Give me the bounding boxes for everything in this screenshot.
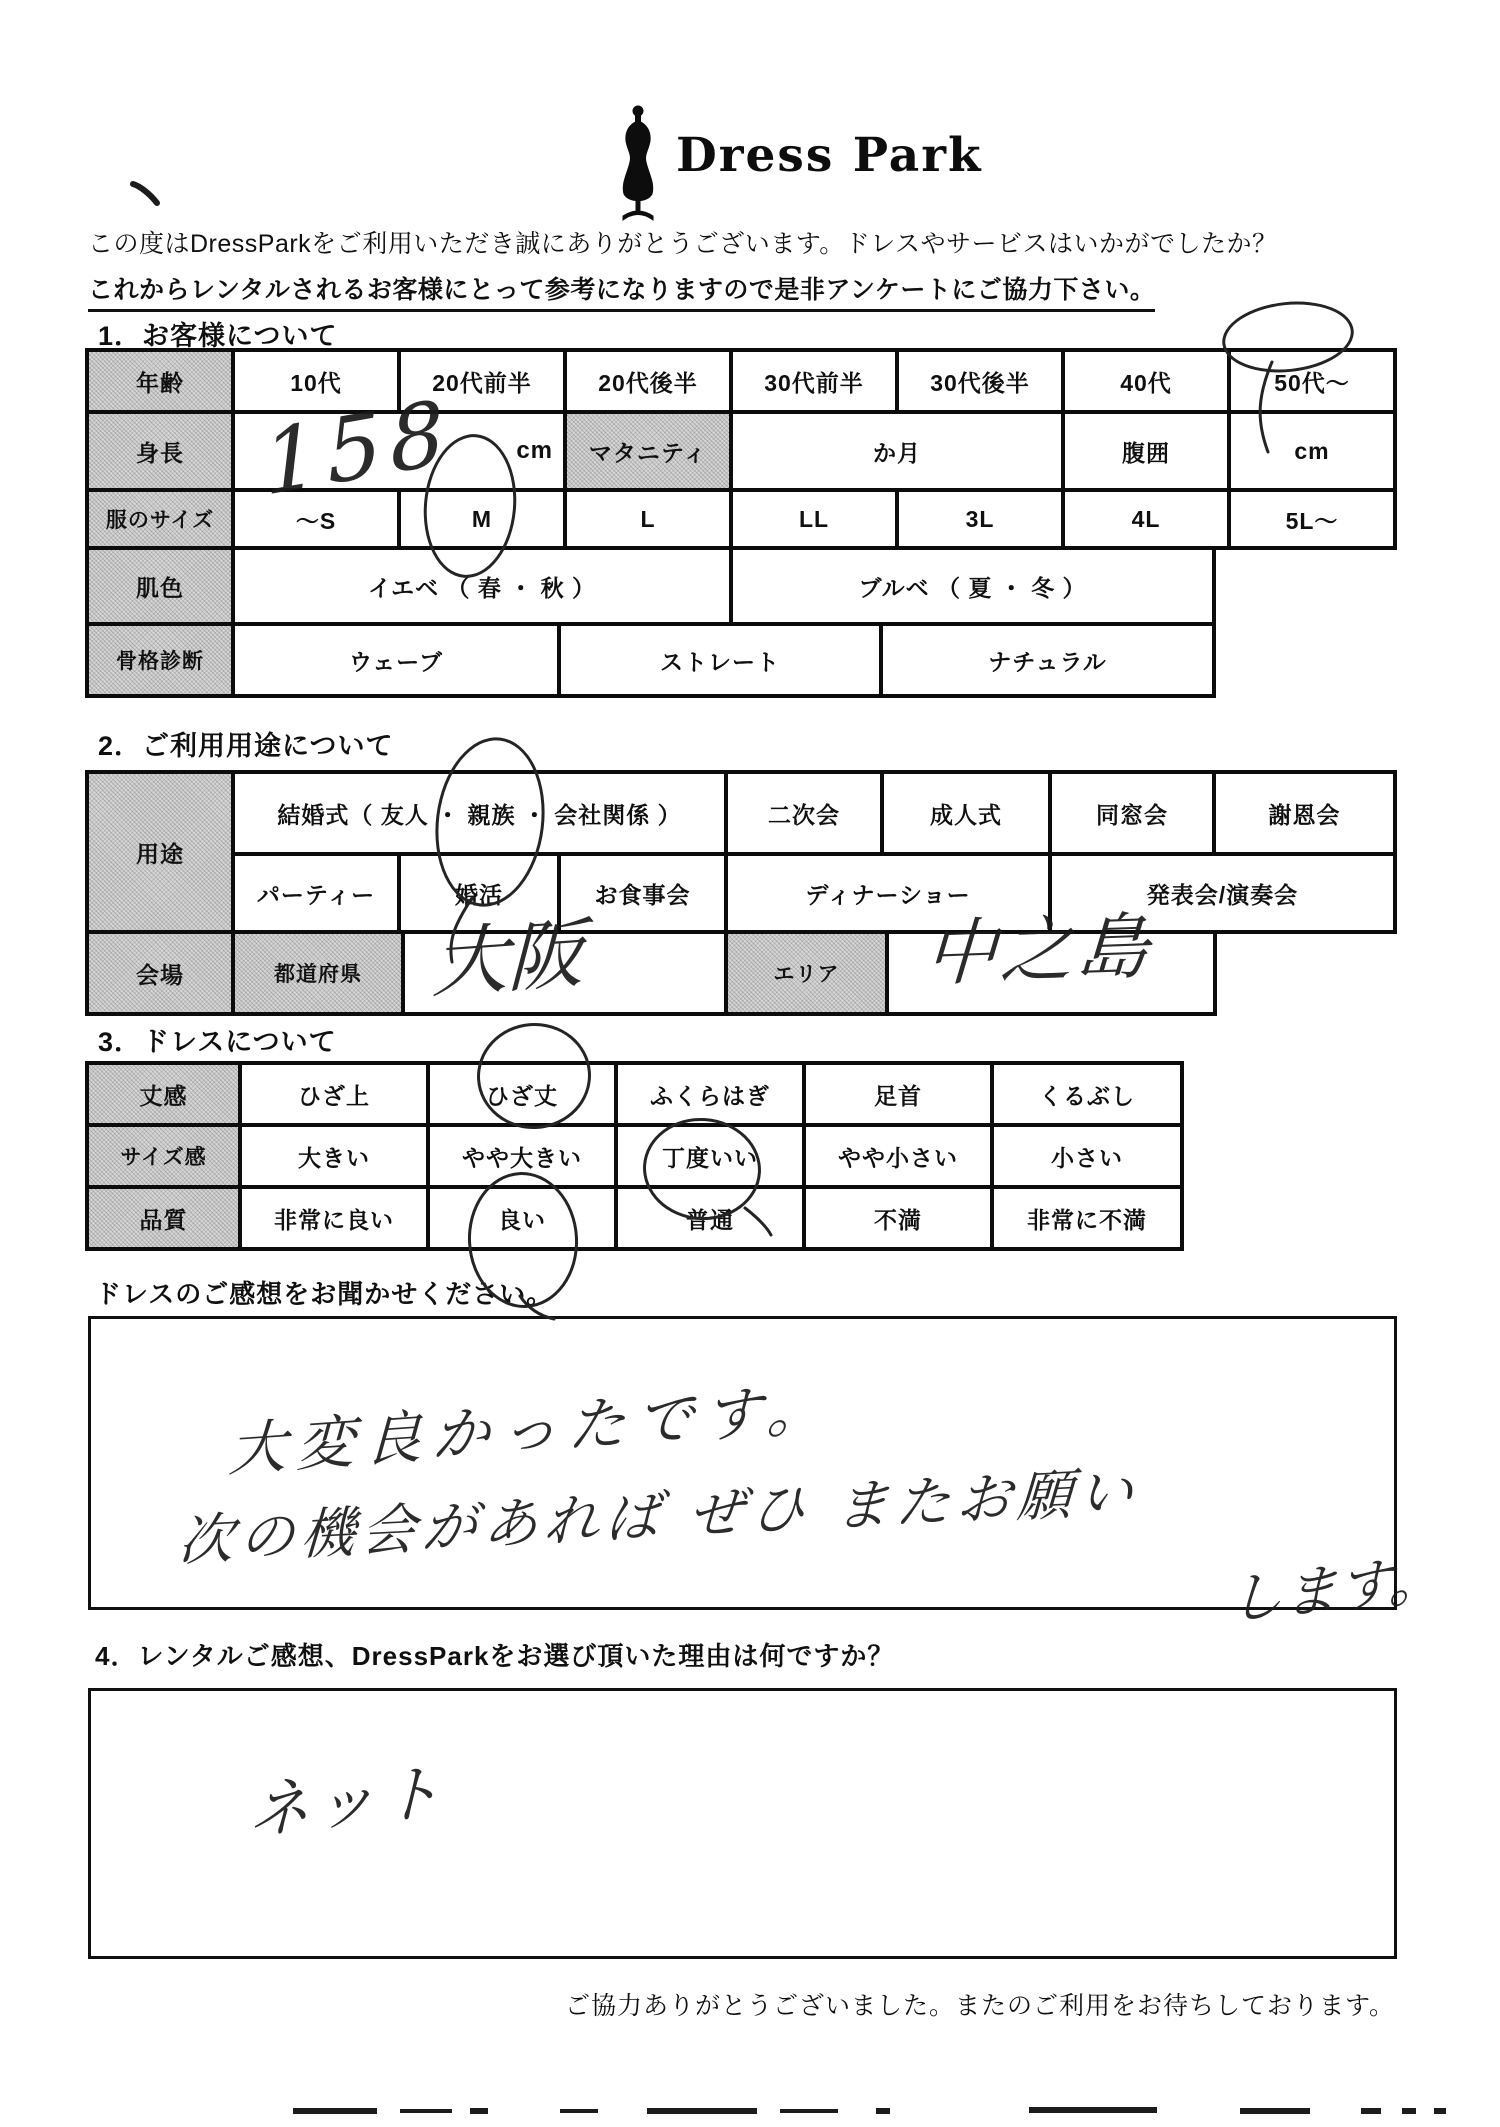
scan-artifact [470, 2108, 488, 2114]
scan-artifact [1361, 2108, 1381, 2114]
scan-artifact [647, 2108, 757, 2114]
scan-artifact [876, 2108, 890, 2114]
scan-artifact [1402, 2108, 1416, 2114]
pen-stroke-marks [0, 0, 1500, 2127]
scan-artifact [1240, 2108, 1310, 2114]
scan-artifact [560, 2109, 598, 2113]
scan-artifact [1029, 2107, 1157, 2113]
scan-artifact [1434, 2108, 1446, 2114]
scan-artifact [400, 2109, 452, 2113]
scanned-survey-form: Dress Park この度はDressParkをご利用いただき誠にありがとうご… [0, 0, 1500, 2127]
scan-artifact [780, 2109, 838, 2113]
scan-artifact [293, 2108, 377, 2114]
